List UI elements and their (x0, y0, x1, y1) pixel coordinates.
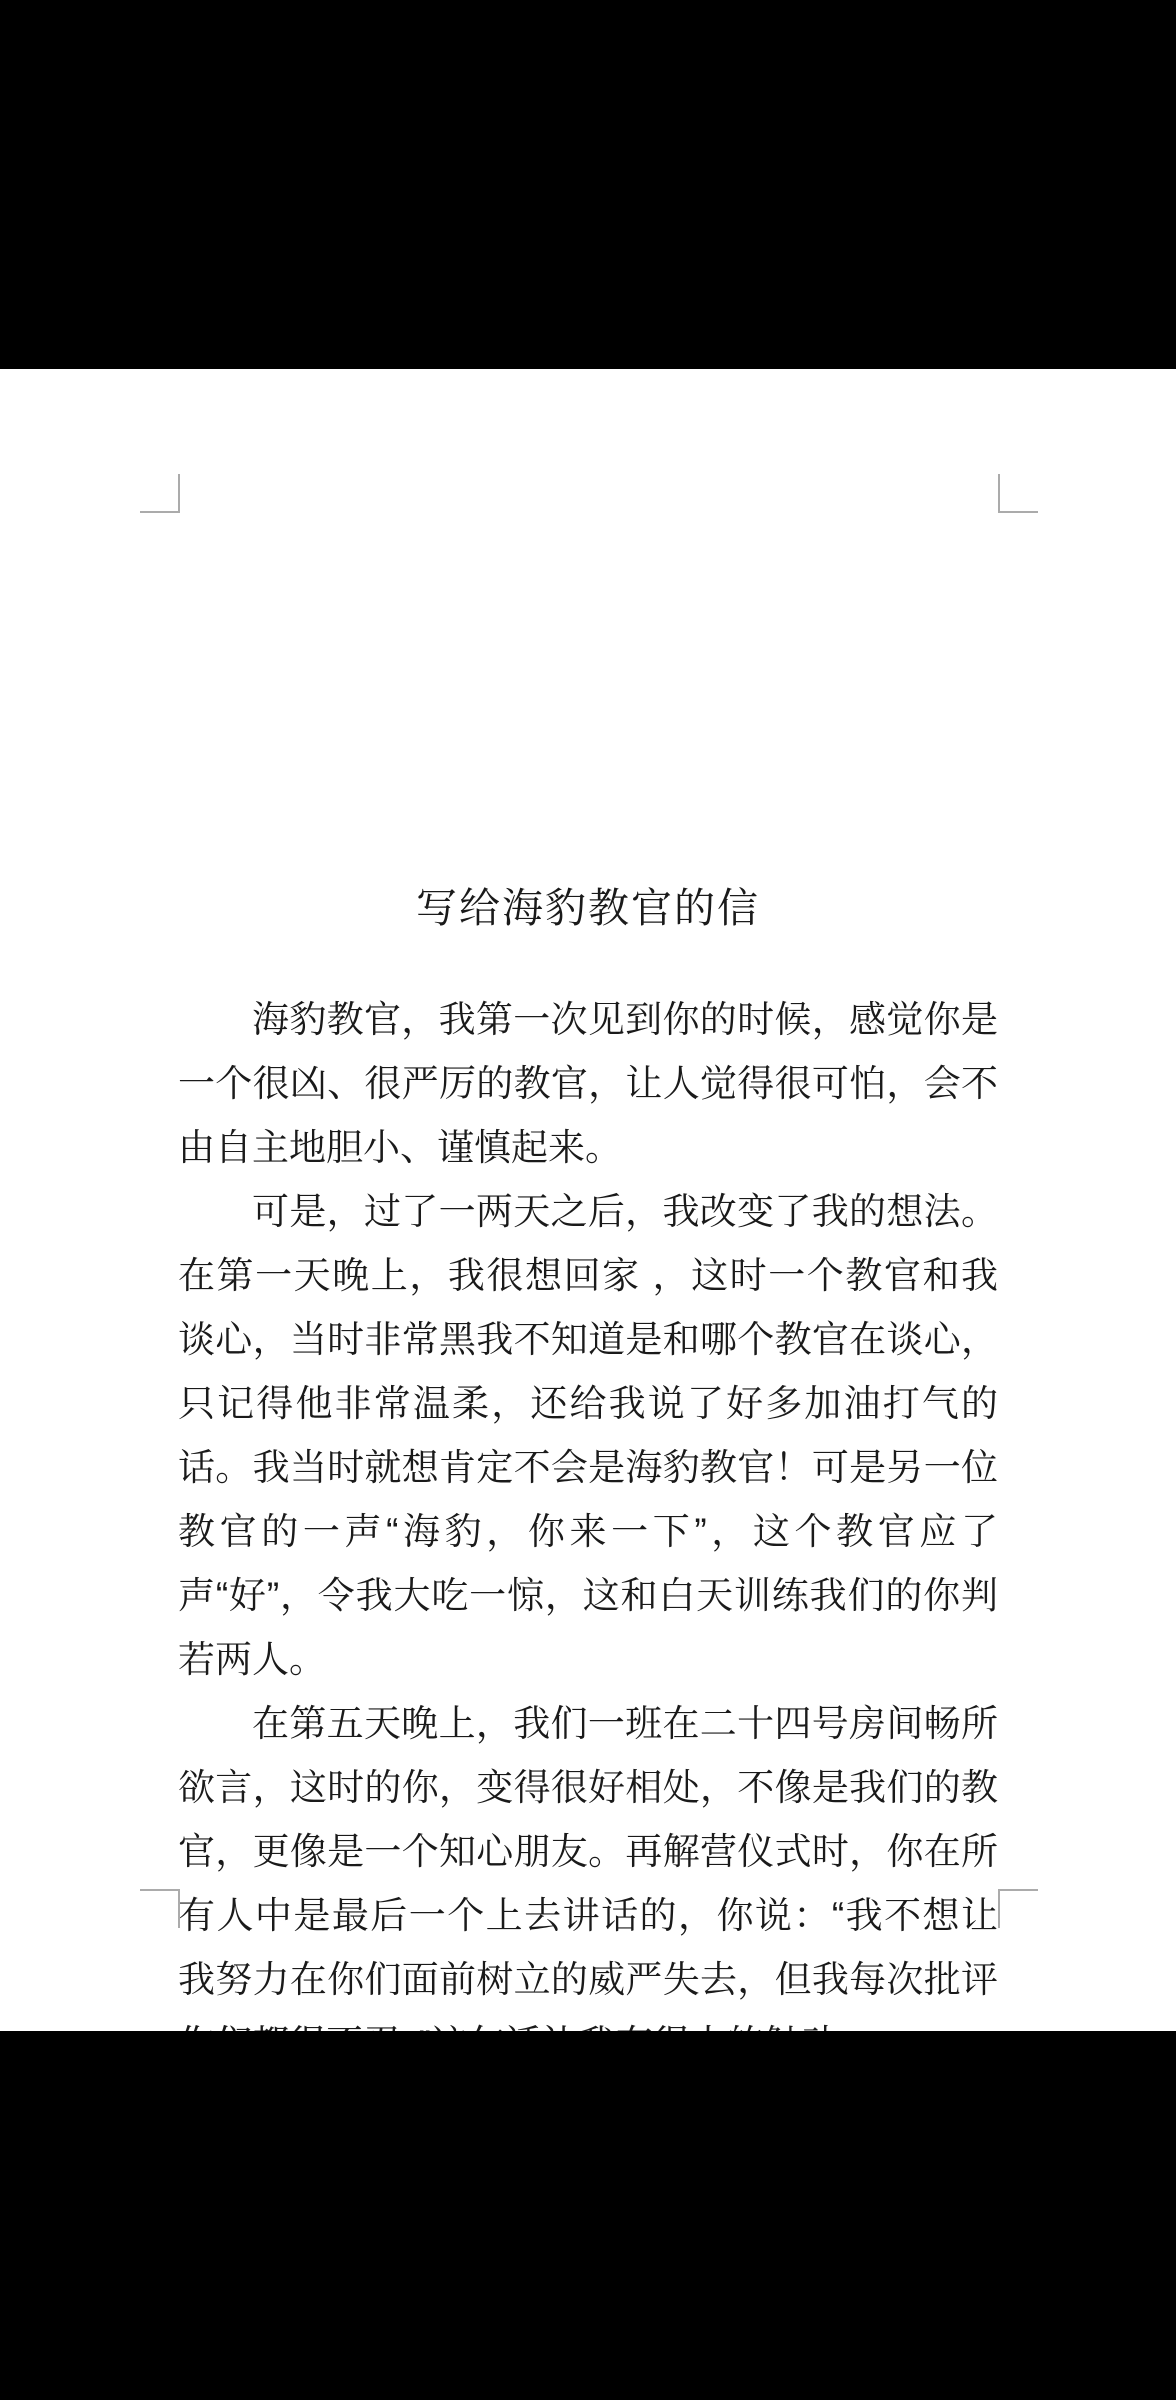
margin-corner-mark-bottom-right (998, 1889, 1038, 1928)
margin-corner-mark-bottom-left (140, 1889, 180, 1928)
document-page: 写给海豹教官的信 海豹教官，我第一次见到你的时候，感觉你是一个很凶、很严厉的教官… (0, 369, 1176, 2031)
letter-body: 海豹教官，我第一次见到你的时候，感觉你是一个很凶、很严厉的教官，让人觉得很可怕，… (178, 988, 998, 2204)
top-letterbox-bar (0, 0, 1176, 369)
letter-paragraph: 可是，过了一两天之后，我改变了我的想法。在第一天晚上，我很想回家 ，这时一个教官… (178, 1180, 998, 1692)
letter-paragraph: 海豹教官，我第一次见到你的时候，感觉你是一个很凶、很严厉的教官，让人觉得很可怕，… (178, 988, 998, 1180)
letter-title: 写给海豹教官的信 (178, 876, 998, 940)
margin-corner-mark-top-right (998, 474, 1038, 513)
margin-corner-mark-top-left (140, 474, 180, 513)
screenshot-stage: 写给海豹教官的信 海豹教官，我第一次见到你的时候，感觉你是一个很凶、很严厉的教官… (0, 0, 1176, 2400)
bottom-letterbox-bar (0, 2031, 1176, 2400)
letter-paragraph: 在第五天晚上，我们一班在二十四号房间畅所欲言，这时的你，变得很好相处，不像是我们… (178, 1692, 998, 2076)
